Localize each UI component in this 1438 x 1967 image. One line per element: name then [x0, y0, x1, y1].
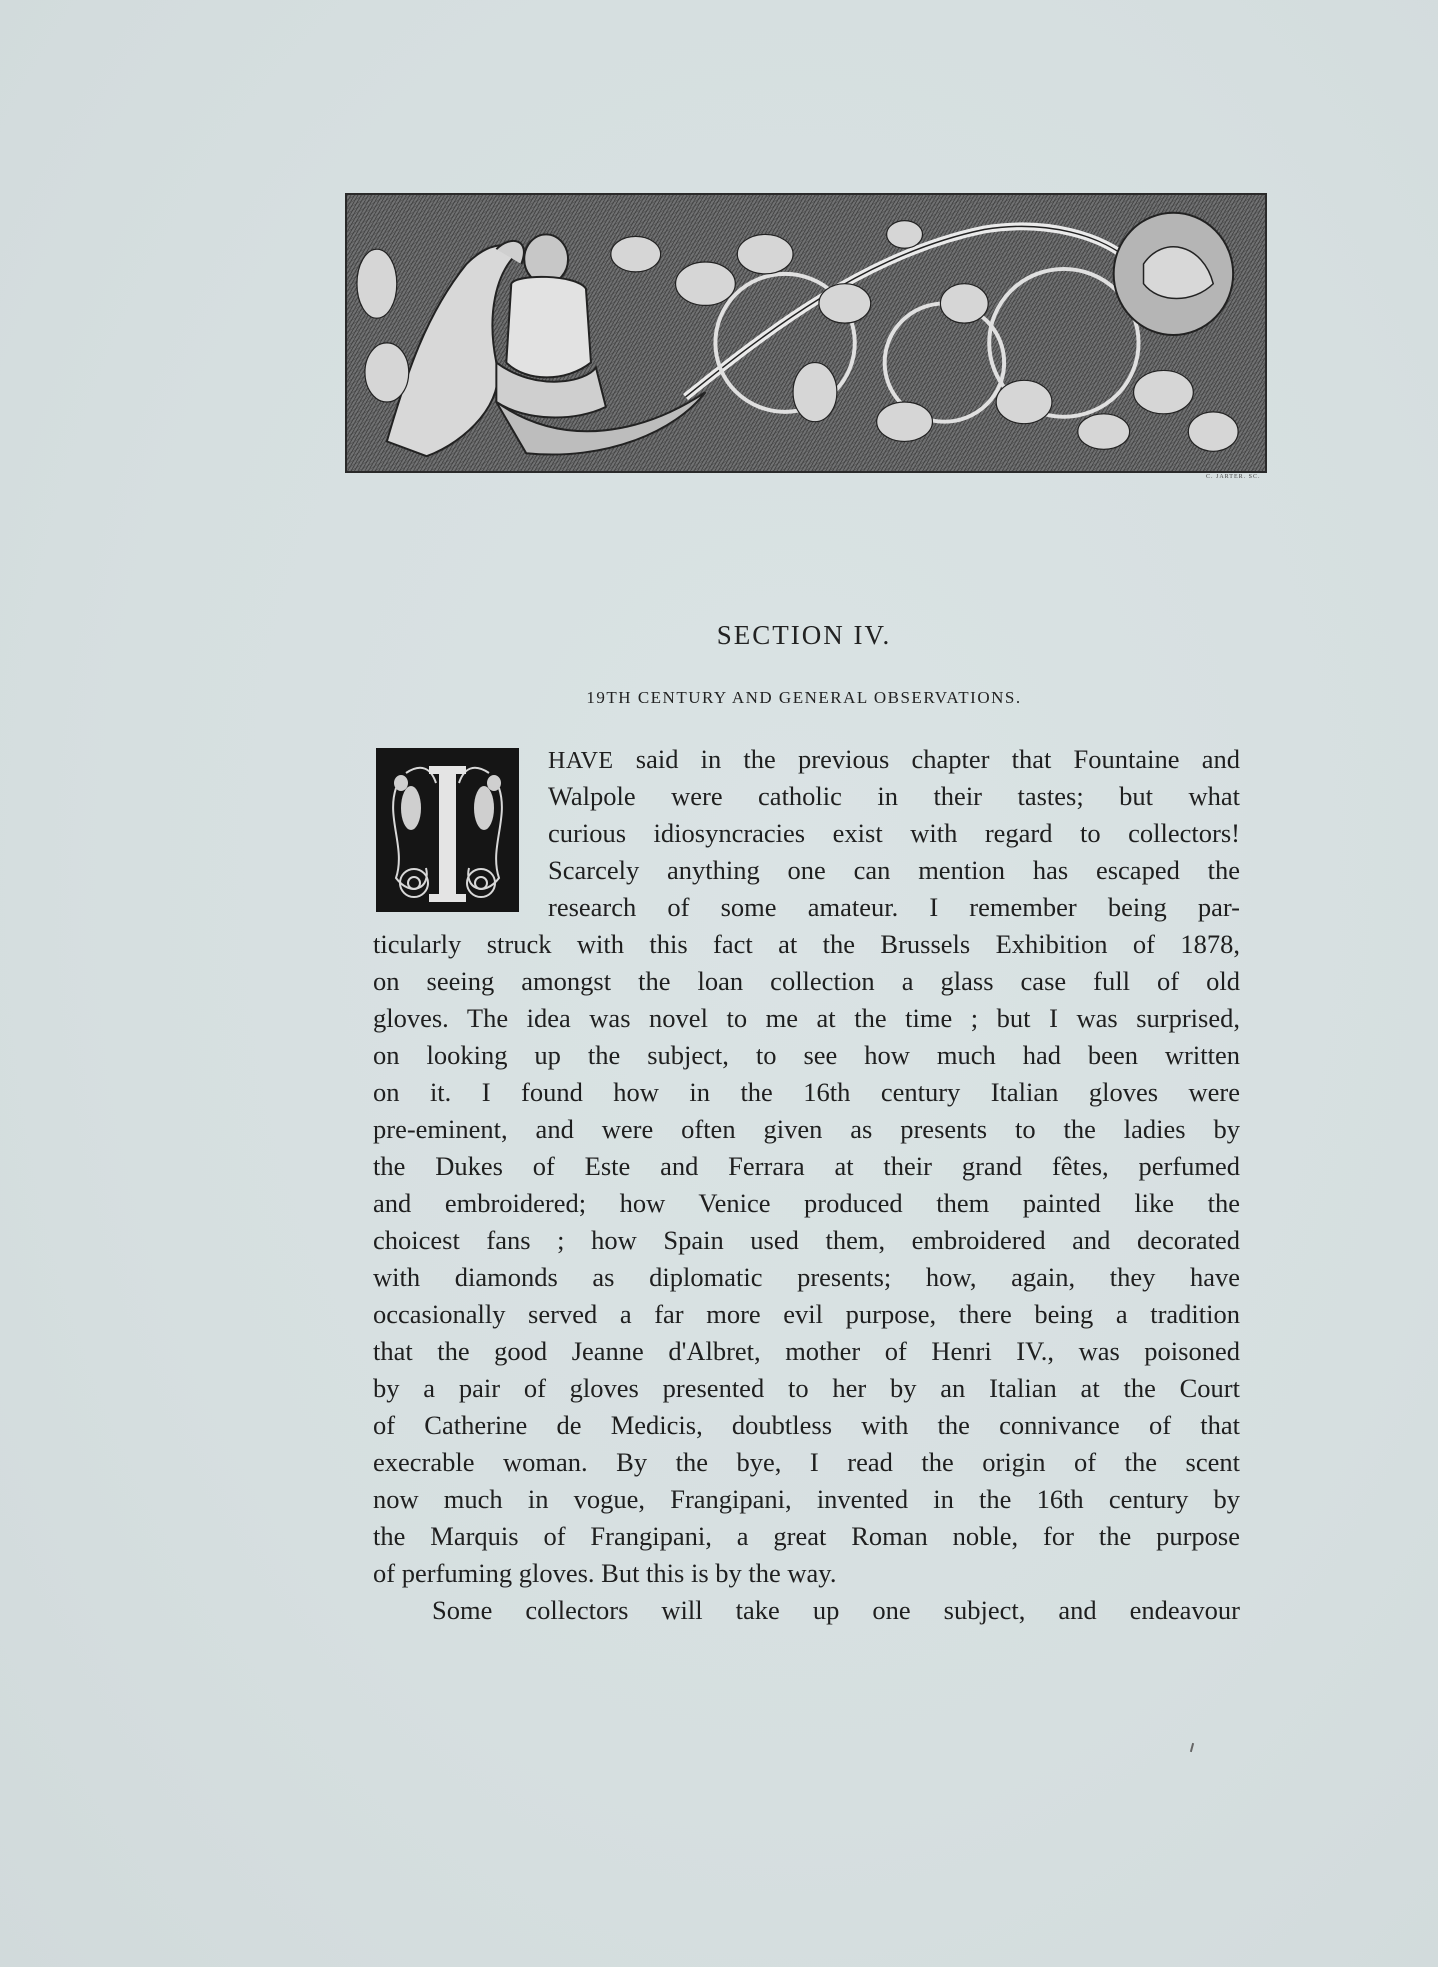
drop-cap-initial	[376, 748, 519, 912]
ornamental-foliage-icon	[347, 195, 1265, 471]
body-line: of Catherine de Medicis, doubtless with …	[373, 1410, 1240, 1440]
body-line: pre-eminent, and were often given as pre…	[373, 1114, 1240, 1144]
engraver-signature: C. JARTER. SC.	[1206, 474, 1260, 480]
body-line: Walpole were catholic in their tastes; b…	[548, 781, 1240, 811]
body-line: choicest fans ; how Spain used them, emb…	[373, 1225, 1240, 1255]
body-line: occasionally served a far more evil purp…	[373, 1299, 1240, 1329]
section-subtitle: 19TH CENTURY AND GENERAL OBSERVATIONS.	[0, 688, 1438, 708]
body-line: the Dukes of Este and Ferrara at their g…	[373, 1151, 1240, 1181]
body-line: on seeing amongst the loan collection a …	[373, 966, 1240, 996]
body-line: curious idiosyncracies exist with regard…	[548, 818, 1240, 848]
book-page: C. JARTER. SC. SECTION IV. 19TH CENTURY …	[0, 0, 1438, 1967]
body-line: the Marquis of Frangipani, a great Roman…	[373, 1521, 1240, 1551]
body-line-indented: Some collectors will take up one subject…	[432, 1595, 1240, 1625]
body-line: on it. I found how in the 16th century I…	[373, 1077, 1240, 1107]
body-line: of perfuming gloves. But this is by the …	[373, 1558, 1240, 1588]
body-line: by a pair of gloves presented to her by …	[373, 1373, 1240, 1403]
body-line: execrable woman. By the bye, I read the …	[373, 1447, 1240, 1477]
body-line: with diamonds as diplomatic presents; ho…	[373, 1262, 1240, 1292]
page-speck	[1190, 1743, 1194, 1752]
section-title: SECTION IV.	[0, 620, 1438, 651]
body-line: that the good Jeanne d'Albret, mother of…	[373, 1336, 1240, 1366]
body-line: research of some amateur. I remember bei…	[548, 892, 1240, 922]
body-line: and embroidered; how Venice produced the…	[373, 1188, 1240, 1218]
ornamental-initial-i-icon	[376, 748, 519, 912]
body-line: Scarcely anything one can mention has es…	[548, 855, 1240, 885]
body-line: ticularly struck with this fact at the B…	[373, 929, 1240, 959]
body-line: now much in vogue, Frangipani, invented …	[373, 1484, 1240, 1514]
body-line: on looking up the subject, to see how mu…	[373, 1040, 1240, 1070]
small-caps-lead: HAVE	[548, 748, 614, 774]
body-line: gloves. The idea was novel to me at the …	[373, 1003, 1240, 1033]
body-line: HAVE said in the previous chapter that F…	[548, 744, 1240, 776]
header-engraving-illustration	[345, 193, 1267, 473]
